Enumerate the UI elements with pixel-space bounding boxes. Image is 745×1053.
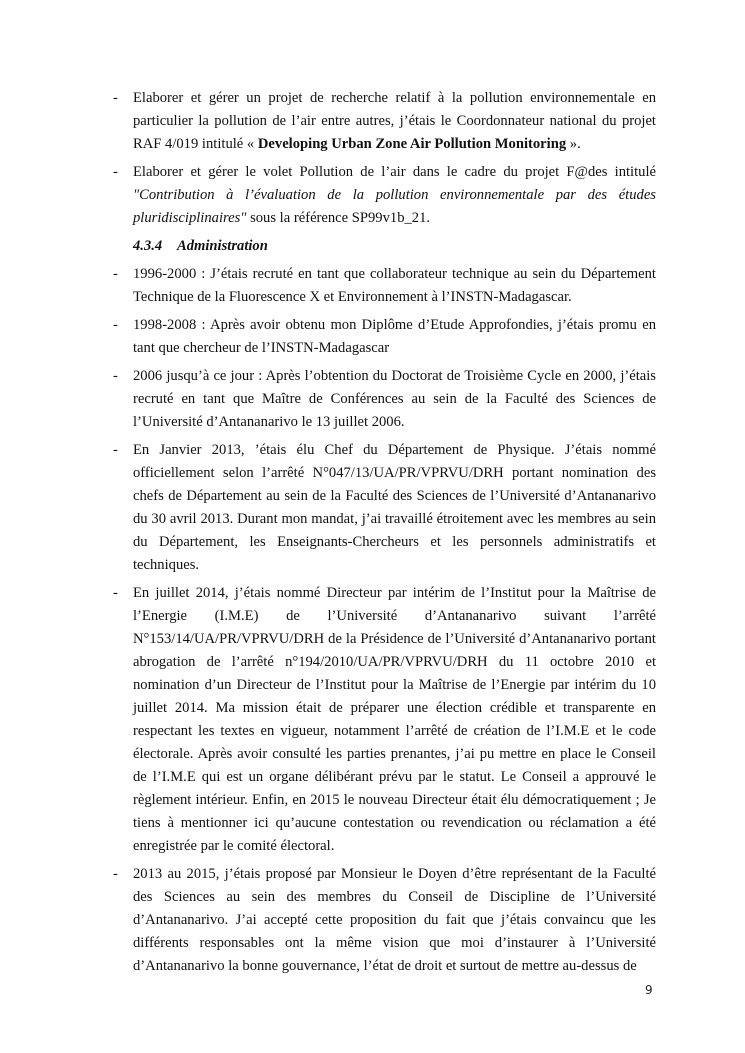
list-item-text: Elaborer et gérer un projet de recherche…: [133, 87, 656, 156]
list-item-raf-project: - Elaborer et gérer un projet de recherc…: [113, 87, 656, 156]
list-item-text: 2013 au 2015, j’étais proposé par Monsie…: [133, 863, 656, 978]
list-item-2014-directeur-ime: - En juillet 2014, j’étais nommé Directe…: [113, 582, 656, 858]
list-item-text: 1996-2000 : J’étais recruté en tant que …: [133, 263, 656, 309]
list-item-text: 2006 jusqu’à ce jour : Après l’obtention…: [133, 365, 656, 434]
list-item-fades-project: - Elaborer et gérer le volet Pollution d…: [113, 161, 656, 230]
list-item-text: Elaborer et gérer le volet Pollution de …: [133, 161, 656, 230]
list-item-1996-2000: - 1996-2000 : J’étais recruté en tant qu…: [113, 263, 656, 309]
list-item-2013-chef-departement: - En Janvier 2013, ’étais élu Chef du Dé…: [113, 439, 656, 577]
bullet-dash: -: [113, 863, 125, 886]
list-item-2006: - 2006 jusqu’à ce jour : Après l’obtenti…: [113, 365, 656, 434]
page-content: - Elaborer et gérer un projet de recherc…: [113, 87, 656, 983]
bullet-dash: -: [113, 365, 125, 388]
list-item-2013-2015-conseil-discipline: - 2013 au 2015, j’étais proposé par Mons…: [113, 863, 656, 978]
document-page: - Elaborer et gérer un projet de recherc…: [0, 0, 745, 1053]
list-item-text: En juillet 2014, j’étais nommé Directeur…: [133, 582, 656, 858]
bullet-dash: -: [113, 263, 125, 286]
list-item-text: En Janvier 2013, ’étais élu Chef du Dépa…: [133, 439, 656, 577]
bullet-dash: -: [113, 314, 125, 337]
bullet-dash: -: [113, 161, 125, 184]
page-number: 9: [645, 983, 653, 997]
project-title-bold: Developing Urban Zone Air Pollution Moni…: [258, 136, 566, 152]
list-item-text: 1998-2008 : Après avoir obtenu mon Diplô…: [133, 314, 656, 360]
section-number: 4.3.4: [133, 235, 177, 258]
list-item-1998-2008: - 1998-2008 : Après avoir obtenu mon Dip…: [113, 314, 656, 360]
section-title: Administration: [177, 238, 268, 254]
bullet-dash: -: [113, 439, 125, 462]
section-heading-administration: 4.3.4Administration: [113, 235, 656, 258]
bullet-dash: -: [113, 87, 125, 110]
bullet-dash: -: [113, 582, 125, 605]
